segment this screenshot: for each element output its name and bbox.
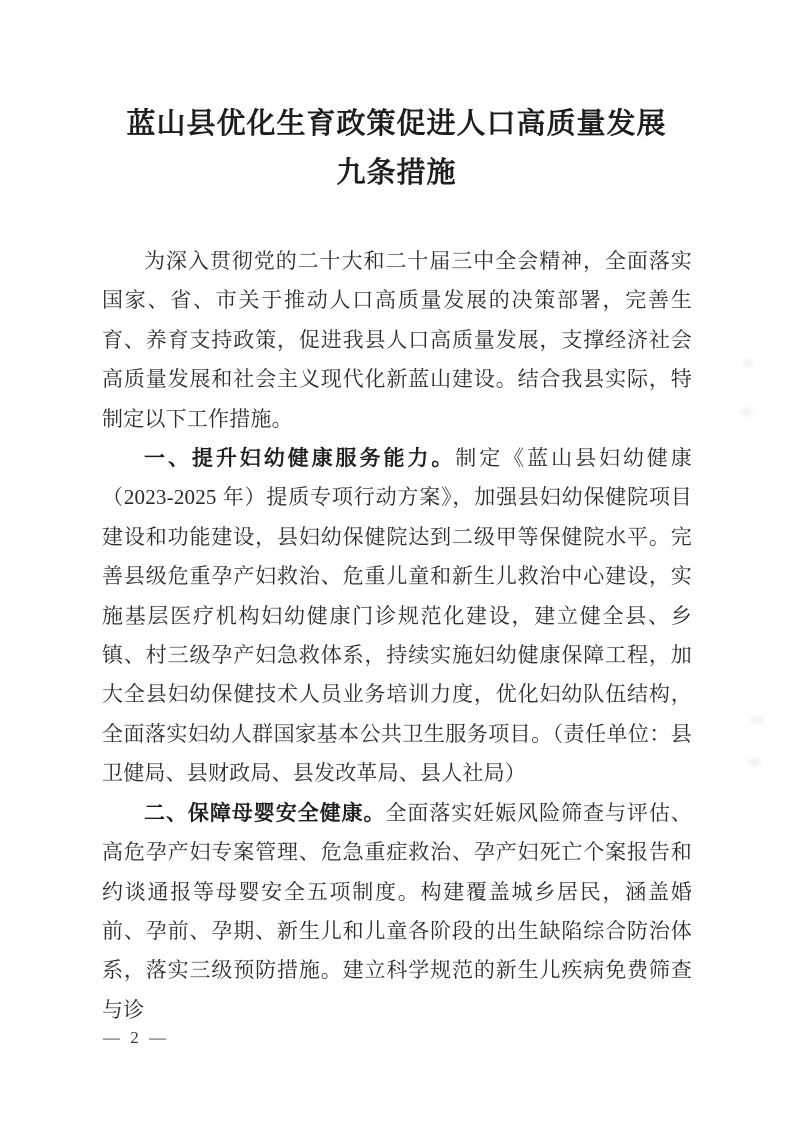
scan-stain [742, 360, 754, 367]
measure-2-heading: 二、保障母婴安全健康。 [144, 802, 385, 825]
title-line-1: 蓝山县优化生育政策促进人口高质量发展 [0, 100, 793, 149]
measure-1-paragraph: 一、提升妇幼健康服务能力。制定《蓝山县妇幼健康（2023-2025 年）提质专项… [102, 439, 692, 794]
title-line-2: 九条措施 [0, 149, 793, 198]
measure-1-text: 制定《蓝山县妇幼健康（2023-2025 年）提质专项行动方案》，加强县妇幼保健… [102, 446, 692, 785]
intro-paragraph-text: 为深入贯彻党的二十大和二十届三中全会精神，全面落实国家、省、市关于推动人口高质量… [102, 249, 692, 431]
page-number: — 2 — [103, 1028, 169, 1048]
measure-2-paragraph: 二、保障母婴安全健康。全面落实妊娠风险筛查与评估、高危孕产妇专案管理、危急重症救… [102, 794, 692, 1030]
scan-stain [748, 758, 761, 767]
document-page: 蓝山县优化生育政策促进人口高质量发展 九条措施 为深入贯彻党的二十大和二十届三中… [0, 0, 793, 1121]
page-title: 蓝山县优化生育政策促进人口高质量发展 九条措施 [0, 100, 793, 198]
scan-stain [740, 408, 753, 416]
intro-paragraph: 为深入贯彻党的二十大和二十届三中全会精神，全面落实国家、省、市关于推动人口高质量… [102, 242, 692, 439]
measure-2-text: 全面落实妊娠风险筛查与评估、高危孕产妇专案管理、危急重症救治、孕产妇死亡个案报告… [102, 801, 692, 1022]
document-body: 为深入贯彻党的二十大和二十届三中全会精神，全面落实国家、省、市关于推动人口高质量… [102, 242, 692, 1030]
measure-1-heading: 一、提升妇幼健康服务能力。 [144, 447, 455, 470]
scan-stain [750, 716, 764, 724]
